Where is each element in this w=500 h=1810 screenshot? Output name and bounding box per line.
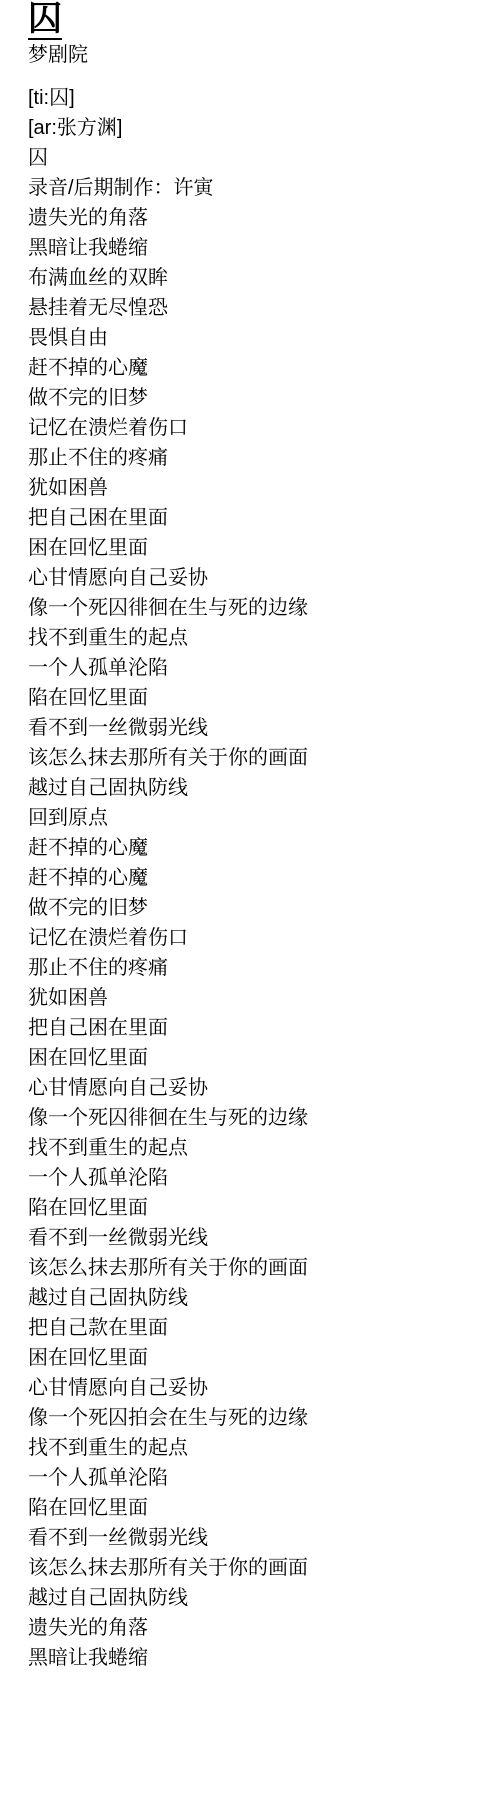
lyric-line: 找不到重生的起点 [28,1133,490,1163]
lyric-line: 黑暗让我蜷缩 [28,233,490,263]
lyric-line: 心甘情愿向自己妥协 [28,563,490,593]
lyric-line: 录音/后期制作：许寅 [28,173,490,203]
lyrics-page: 囚 梦剧院 [ti:囚] [ar:张方渊]囚录音/后期制作：许寅遗失光的角落黑暗… [0,0,500,1713]
lyric-line: 赶不掉的心魔 [28,833,490,863]
lyric-line: 畏惧自由 [28,323,490,353]
lyric-line: 越过自己固执防线 [28,1283,490,1313]
lyric-line: 困在回忆里面 [28,1043,490,1073]
lyric-line: 把自己款在里面 [28,1313,490,1343]
lyric-line: 犹如困兽 [28,983,490,1013]
lyric-line: [ti:囚] [28,83,490,113]
lyric-line: 遗失光的角落 [28,1613,490,1643]
lyric-line: 回到原点 [28,803,490,833]
lyric-line: 那止不住的疼痛 [28,953,490,983]
lyric-line: 布满血丝的双眸 [28,263,490,293]
lyric-line: 像一个死囚拍会在生与死的边缘 [28,1403,490,1433]
page-title-text: 囚 [28,1,62,40]
lyric-line: 记忆在溃烂着伤口 [28,923,490,953]
lyric-line: 像一个死囚徘徊在生与死的边缘 [28,1103,490,1133]
lyric-line: 一个人孤单沦陷 [28,1463,490,1493]
lyric-line: 该怎么抹去那所有关于你的画面 [28,1253,490,1283]
lyric-line: 看不到一丝微弱光线 [28,1523,490,1553]
artist-name: 梦剧院 [28,40,490,70]
lyric-line: [ar:张方渊] [28,113,490,143]
page-title: 囚 [28,0,490,40]
lyric-line: 越过自己固执防线 [28,1583,490,1613]
lyric-line: 把自己困在里面 [28,503,490,533]
lyric-line: 该怎么抹去那所有关于你的画面 [28,743,490,773]
lyric-line: 陷在回忆里面 [28,683,490,713]
lyrics-block: [ti:囚] [ar:张方渊]囚录音/后期制作：许寅遗失光的角落黑暗让我蜷缩布满… [28,83,490,1673]
lyric-line: 越过自己固执防线 [28,773,490,803]
lyric-line: 一个人孤单沦陷 [28,653,490,683]
lyric-line: 看不到一丝微弱光线 [28,713,490,743]
lyric-line: 陷在回忆里面 [28,1193,490,1223]
lyric-line: 黑暗让我蜷缩 [28,1643,490,1673]
lyric-line: 那止不住的疼痛 [28,443,490,473]
lyric-line: 赶不掉的心魔 [28,863,490,893]
lyric-line: 把自己困在里面 [28,1013,490,1043]
lyric-line: 做不完的旧梦 [28,893,490,923]
lyric-line: 一个人孤单沦陷 [28,1163,490,1193]
lyric-line: 遗失光的角落 [28,203,490,233]
lyric-line: 心甘情愿向自己妥协 [28,1373,490,1403]
lyric-line: 悬挂着无尽惶恐 [28,293,490,323]
lyric-line: 找不到重生的起点 [28,1433,490,1463]
lyric-line: 困在回忆里面 [28,533,490,563]
lyric-line: 陷在回忆里面 [28,1493,490,1523]
lyric-line: 记忆在溃烂着伤口 [28,413,490,443]
lyric-line: 找不到重生的起点 [28,623,490,653]
lyric-line: 心甘情愿向自己妥协 [28,1073,490,1103]
lyric-line: 看不到一丝微弱光线 [28,1223,490,1253]
lyric-line: 该怎么抹去那所有关于你的画面 [28,1553,490,1583]
lyric-line: 困在回忆里面 [28,1343,490,1373]
lyric-line: 犹如困兽 [28,473,490,503]
lyric-line: 像一个死囚徘徊在生与死的边缘 [28,593,490,623]
lyric-line: 赶不掉的心魔 [28,353,490,383]
lyric-line: 囚 [28,143,490,173]
lyric-line: 做不完的旧梦 [28,383,490,413]
